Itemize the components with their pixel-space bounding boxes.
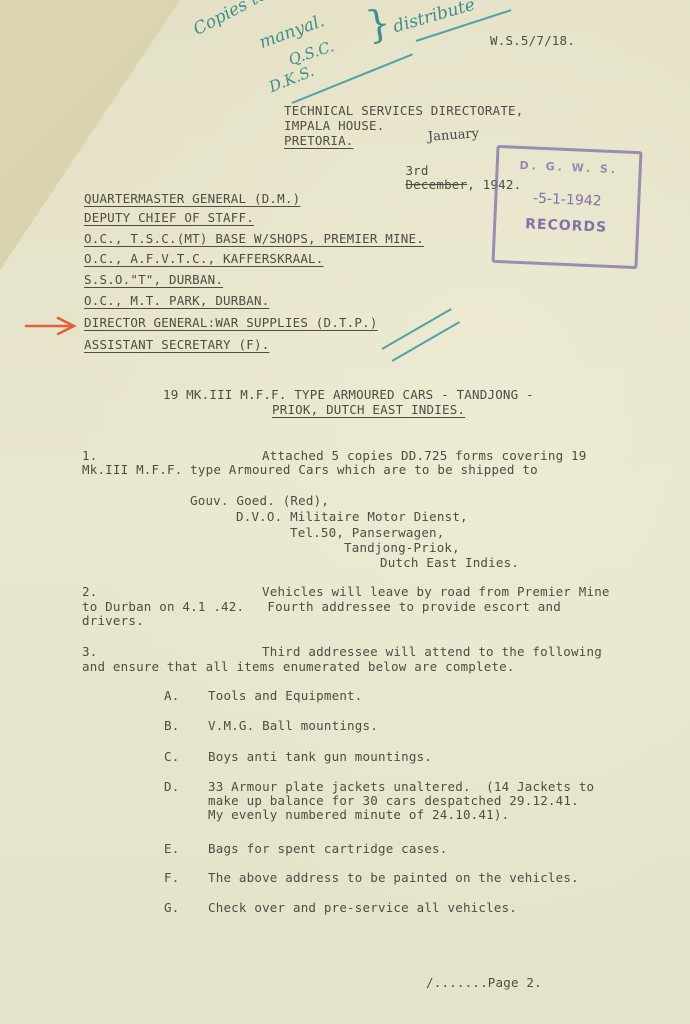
sender-line: TECHNICAL SERVICES DIRECTORATE, xyxy=(284,104,524,118)
item-letter: C. xyxy=(164,750,179,764)
paragraph-2-number: 2. xyxy=(82,585,97,599)
item-text: V.M.G. Ball mountings. xyxy=(208,719,378,733)
address-line: Gouv. Goed. (Red), xyxy=(190,494,329,508)
address-line: Tandjong-Priok, xyxy=(344,541,460,555)
item-letter: A. xyxy=(164,689,179,703)
date-day: 3rd xyxy=(405,163,428,178)
item-text: The above address to be painted on the v… xyxy=(208,871,579,885)
stamp-label: RECORDS xyxy=(496,215,637,237)
paragraph-1-line-1: Attached 5 copies DD.725 forms covering … xyxy=(262,449,586,463)
address-line: D.V.O. Militaire Motor Dienst, xyxy=(236,510,468,524)
stamp-date: -5-1-1942 xyxy=(497,189,638,211)
addressee-highlighted: DIRECTOR GENERAL:WAR SUPPLIES (D.T.P.) xyxy=(84,316,378,330)
item-text: Bags for spent cartridge cases. xyxy=(208,842,448,856)
paragraph-3-line-1: Third addressee will attend to the follo… xyxy=(262,645,602,659)
subject-line-1: 19 MK.III M.F.F. TYPE ARMOURED CARS - TA… xyxy=(163,388,534,402)
sender-line: PRETORIA. xyxy=(284,134,354,148)
addressee-line: QUARTERMASTER GENERAL (D.M.) xyxy=(84,192,300,206)
paragraph-3-number: 3. xyxy=(82,645,97,659)
stamp-header: D. G. W. S. xyxy=(499,158,639,177)
item-text: Check over and pre-service all vehicles. xyxy=(208,901,517,915)
records-stamp: D. G. W. S. -5-1-1942 RECORDS xyxy=(491,145,642,269)
item-letter: D. xyxy=(164,780,179,794)
addressee-line: DEPUTY CHIEF OF STAFF. xyxy=(84,211,254,225)
addressee-line: O.C., T.S.C.(MT) BASE W/SHOPS, PREMIER M… xyxy=(84,232,424,246)
addressee-line: O.C., M.T. PARK, DURBAN. xyxy=(84,294,269,308)
subject-line-2: PRIOK, DUTCH EAST INDIES. xyxy=(272,403,465,417)
addressee-line: ASSISTANT SECRETARY (F). xyxy=(84,338,269,352)
paragraph-3-line-2: and ensure that all items enumerated bel… xyxy=(82,660,515,674)
sender-line: IMPALA HOUSE. xyxy=(284,119,384,133)
item-letter: F. xyxy=(164,871,179,885)
item-text: 33 Armour plate jackets unaltered. (14 J… xyxy=(208,780,594,794)
item-letter: E. xyxy=(164,842,179,856)
paragraph-2-line-3: drivers. xyxy=(82,614,144,628)
item-text: Tools and Equipment. xyxy=(208,689,363,703)
paragraph-2-line-2: to Durban on 4.1 .42. Fourth addressee t… xyxy=(82,600,561,614)
date-month-struck: December xyxy=(405,177,467,192)
address-line: Tel.50, Panserwagen, xyxy=(290,526,445,540)
paragraph-2-line-1: Vehicles will leave by road from Premier… xyxy=(262,585,610,599)
paragraph-1-line-2: Mk.III M.F.F. type Armoured Cars which a… xyxy=(82,463,538,477)
file-reference: W.S.5/7/18. xyxy=(490,34,575,48)
item-text: My evenly numbered minute of 24.10.41). xyxy=(208,808,509,822)
addressee-line: O.C., A.F.V.T.C., KAFFERSKRAAL. xyxy=(84,252,324,266)
item-text: Boys anti tank gun mountings. xyxy=(208,750,432,764)
item-letter: G. xyxy=(164,901,179,915)
item-letter: B. xyxy=(164,719,179,733)
item-text: make up balance for 30 cars despatched 2… xyxy=(208,794,579,808)
address-line: Dutch East Indies. xyxy=(380,556,519,570)
arrow-icon xyxy=(24,316,78,336)
page-continuation: /.......Page 2. xyxy=(426,976,542,990)
addressee-line: S.S.O."T", DURBAN. xyxy=(84,273,223,287)
paragraph-1-number: 1. xyxy=(82,449,97,463)
